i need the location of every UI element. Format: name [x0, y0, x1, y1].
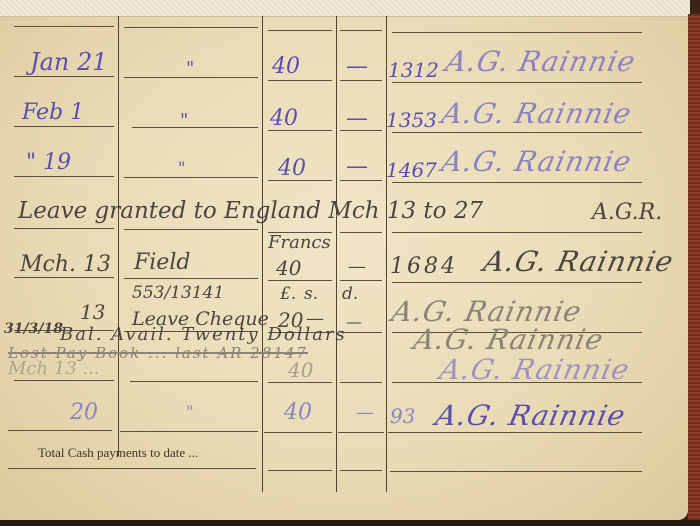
entry-signature: A.G. Rainnie	[433, 402, 628, 430]
column-divider	[262, 16, 263, 492]
column-divider	[336, 16, 337, 492]
row-line	[392, 282, 642, 283]
row-line	[8, 468, 256, 469]
entry-signature: A.G. Rainnie	[443, 48, 638, 76]
entry-date: 13	[80, 302, 105, 322]
row-line	[14, 228, 114, 229]
entry-date: 20	[70, 402, 98, 424]
entry-amount: 40	[272, 56, 300, 78]
entry-signature: A.G. Rainnie	[439, 148, 634, 176]
reference-number: 553/13141	[132, 285, 224, 302]
entry-amount: 40	[276, 258, 301, 278]
row-line	[268, 30, 332, 31]
row-line	[124, 177, 258, 178]
page-top-binding	[0, 0, 690, 17]
entry-number: 93	[390, 406, 415, 426]
leave-initials: A.G.R.	[592, 202, 662, 224]
entry-amount: 40	[270, 108, 298, 130]
row-line	[340, 180, 382, 181]
row-line	[340, 30, 382, 31]
entry-shillings: —	[356, 404, 374, 422]
row-line	[392, 182, 642, 183]
page-bottom-shadow	[0, 520, 700, 526]
row-line	[392, 82, 642, 83]
currency-header: Francs	[268, 234, 331, 252]
entry-shillings: —	[346, 108, 368, 130]
row-line	[340, 280, 382, 281]
faint-entry-amount: 40	[288, 360, 313, 380]
entry-amount: 40	[284, 402, 312, 424]
entry-signature: A.G. Rainnie	[481, 248, 676, 276]
row-line	[14, 126, 114, 127]
row-line	[340, 470, 382, 471]
entry-shillings: —	[346, 156, 368, 178]
row-line	[340, 232, 382, 233]
row-line	[392, 132, 642, 133]
row-line	[124, 229, 258, 230]
row-line	[8, 430, 112, 431]
faint-entry-signature: A.G. Rainnie	[437, 356, 632, 384]
pay-book-page: Jan 21 " 40 — 1312 A.G. Rainnie Feb 1 " …	[0, 0, 688, 520]
row-line	[388, 432, 642, 433]
entry-signature: A.G. Rainnie	[439, 100, 634, 128]
entry-amount: 40	[278, 158, 306, 180]
row-line	[130, 381, 258, 382]
balance-text: Bal. Avail. Twenty Dollars	[60, 326, 347, 344]
entry-number: 1312	[388, 60, 439, 80]
entry-number: 1467	[386, 160, 437, 180]
lsd-pence: d.	[342, 286, 358, 303]
row-line	[390, 471, 642, 472]
entry-number: 1353	[386, 110, 437, 130]
row-line	[268, 280, 332, 281]
row-line	[268, 80, 332, 81]
row-line	[120, 431, 258, 432]
balance-date: 31/3/18	[4, 322, 63, 336]
row-line	[340, 80, 382, 81]
row-line	[14, 26, 114, 27]
column-divider	[118, 16, 119, 456]
entry-place: "	[186, 60, 194, 78]
entry-date: Mch. 13	[20, 254, 111, 276]
leave-note: Leave granted to England Mch 13 to 27	[18, 200, 483, 223]
row-line	[264, 432, 332, 433]
entry-place: "	[178, 160, 185, 176]
entry-place: "	[180, 112, 188, 130]
row-line	[268, 470, 332, 471]
entry-date: Feb 1	[22, 102, 84, 124]
row-line	[14, 277, 114, 278]
entry-shillings: —	[348, 258, 366, 276]
column-divider	[386, 16, 387, 492]
entry-place: Field	[134, 252, 190, 274]
entry-shillings: —	[346, 56, 368, 78]
lsd-pounds: £.	[280, 286, 296, 303]
row-line	[268, 382, 332, 383]
faint-entry-date: Mch 13 ...	[8, 360, 100, 378]
lsd-shillings: s.	[304, 286, 318, 303]
row-line	[14, 380, 114, 381]
book-cover-edge	[688, 14, 700, 526]
row-line	[340, 382, 382, 383]
balance-signature: A.G. Rainnie	[411, 326, 606, 354]
row-line	[338, 432, 384, 433]
entry-place: "	[186, 404, 193, 420]
row-line	[392, 32, 642, 33]
row-line	[132, 127, 258, 128]
row-line	[14, 176, 114, 177]
row-line	[124, 27, 258, 28]
entry-number: 1684	[390, 256, 458, 278]
entry-signature: A.G. Rainnie	[389, 298, 584, 326]
entry-date: Jan 21	[30, 50, 108, 74]
row-line	[392, 232, 642, 233]
entry-date: " 19	[26, 152, 71, 174]
total-cash-label: Total Cash payments to date ...	[38, 445, 198, 461]
row-line	[14, 76, 114, 77]
entry-pence: —	[346, 314, 362, 330]
row-line	[124, 278, 258, 279]
